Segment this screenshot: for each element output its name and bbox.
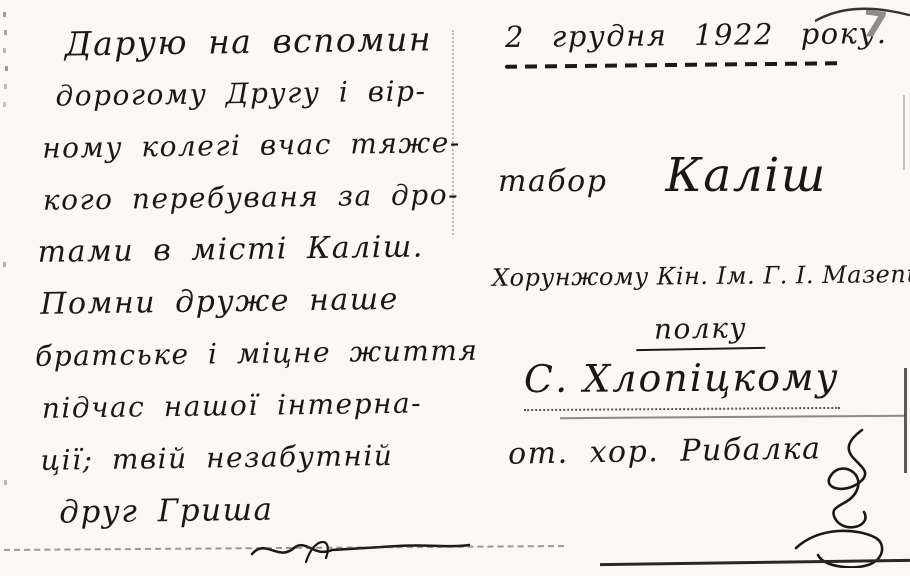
addressee-name-underline-extension: [560, 415, 905, 419]
addressee-rank-unit-line: Хорунжому Кін. Ім. Г. І. Мазепи: [492, 260, 910, 292]
dedication-line: ції; твій незабутній: [40, 429, 457, 487]
card-right-edge-upper: [903, 95, 905, 170]
date-underline-squiggle: [505, 61, 840, 69]
addressee-name: С. Хлопіцкому: [524, 355, 840, 411]
scan-speckles: [3, 12, 6, 17]
camp-label: табор: [498, 164, 607, 199]
signature-flourish-right: [762, 428, 902, 568]
addressee-unit-line2: полку: [636, 311, 766, 351]
dedication-line: Дарую на вспомин: [64, 13, 451, 70]
dedication-line: кого перебуваня за дро-: [43, 169, 454, 227]
scanned-handwritten-card: Дарую на вспомин дорогому Другу і вір- н…: [0, 0, 910, 576]
camp-line: табор Каліш: [498, 148, 827, 203]
card-fold-crease-line: [452, 30, 454, 235]
card-right-edge-lower: [904, 368, 907, 473]
dedication-line: підчас нашої інтерна-: [41, 377, 456, 435]
dedication-line: Помни друже наше: [40, 273, 455, 331]
dedication-line: ному колегі вчас тяже-: [42, 117, 453, 175]
card-top-edge-line: [815, 3, 910, 25]
camp-name: Каліш: [665, 148, 826, 203]
dedication-block: Дарую на вспомин дорогому Другу і вір- н…: [30, 13, 457, 539]
dedication-line: тами в місті Каліш.: [37, 221, 454, 279]
dedication-line: дорогому Другу і вір-: [55, 65, 452, 123]
dedication-line: друг Гриша: [59, 481, 458, 539]
dedication-line: братське і міцне життя: [35, 325, 456, 383]
